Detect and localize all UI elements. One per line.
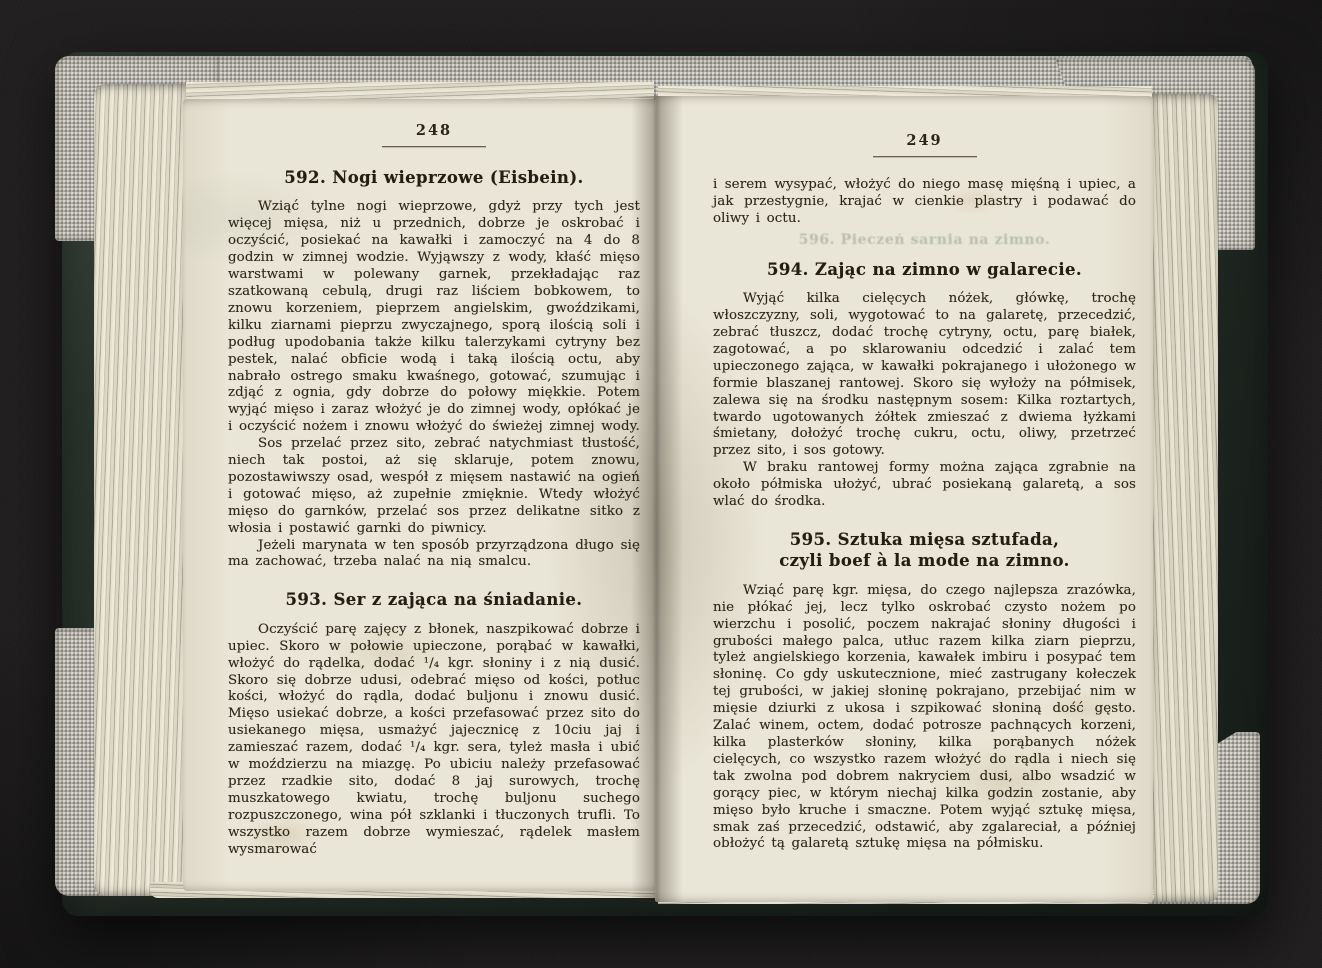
recipe-592-paragraph-3: Jeżeli marynata w ten sposób przyrządzon… [228,538,640,572]
right-page-number-rule [873,156,977,157]
right-page-number: 249 [713,132,1136,149]
recipe-592-paragraph-2: Sos przelać przez sito, zebrać natychmia… [228,436,640,537]
scan-background: 248 592. Nogi wieprzowe (Eisbein). Wziąć… [0,0,1322,968]
left-page-number-rule [382,146,486,147]
recipe-595-paragraph-1: Wziąć parę kgr. mięsa, do czego najlepsz… [713,583,1136,854]
show-through-ghost-text: 596. Pieczeń sarnia na zimno. [713,232,1136,248]
recipe-595-title-line-2: czyli boef à la mode na zimno. [713,550,1136,571]
recipe-592-paragraph-1: Wziąć tylne nogi wieprzowe, gdyż przy ty… [228,199,640,436]
left-page-number: 248 [228,122,640,139]
recipe-595-title: 595. Sztuka mięsa sztufada, czyli boef à… [713,529,1136,572]
recipe-593-title: 593. Ser z zająca na śniadanie. [228,589,640,610]
continuation-paragraph: i serem wysypać, włożyć do niego masę mi… [713,177,1136,228]
left-page-header: 248 [228,122,640,147]
recipe-595-title-line-1: 595. Sztuka mięsa sztufada, [790,530,1060,549]
recipe-594-title: 594. Zając na zimno w galarecie. [713,259,1136,280]
right-page: 249 i serem wysypać, włożyć do niego mas… [655,96,1153,902]
page-stack-left-edge [94,84,188,896]
recipe-592-title: 592. Nogi wieprzowe (Eisbein). [228,167,640,188]
recipe-593-paragraph-1: Oczyścić parę zajęcy z błonek, naszpikow… [228,622,640,859]
page-stack-right-edge [1150,94,1218,902]
recipe-594-paragraph-1: Wyjąć kilka cielęcych nóżek, główkę, tro… [713,291,1136,460]
recipe-594-paragraph-2: W braku rantowej formy można zająca zgra… [713,460,1136,511]
right-page-header: 249 [713,132,1136,157]
left-page: 248 592. Nogi wieprzowe (Eisbein). Wziąć… [183,99,655,891]
